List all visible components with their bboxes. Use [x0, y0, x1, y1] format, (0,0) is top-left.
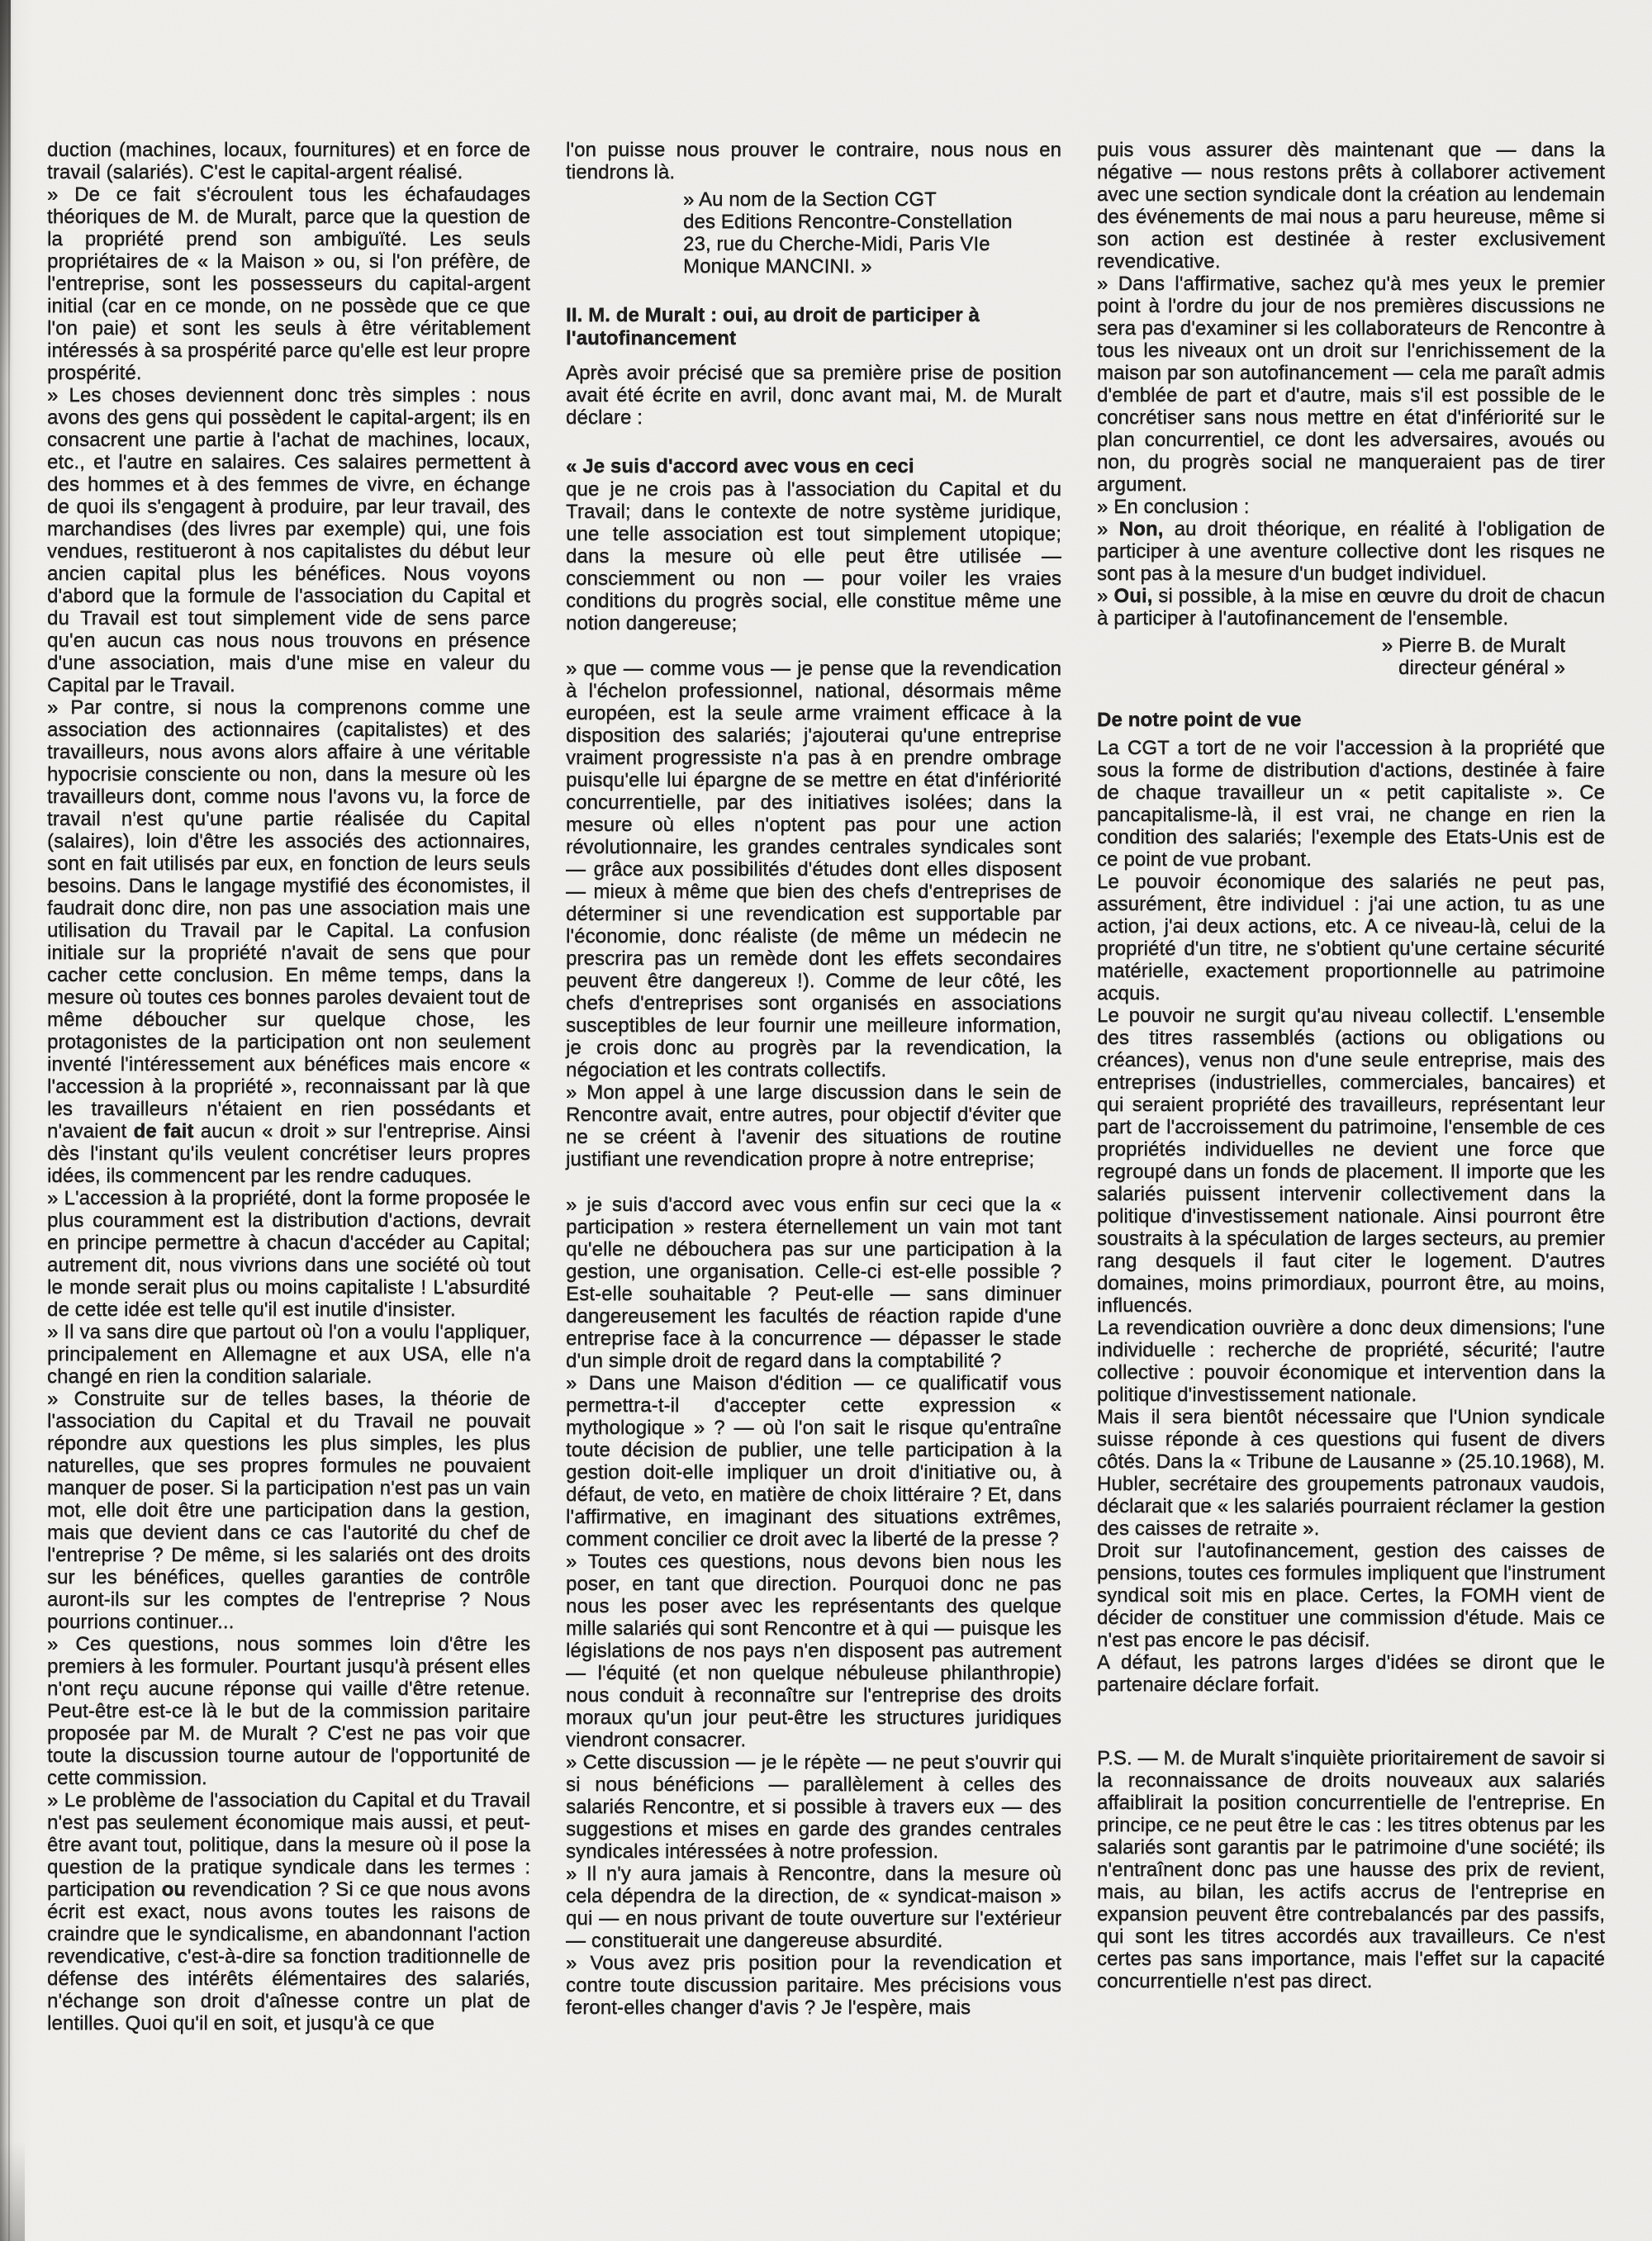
scan-gutter-line	[8, 0, 10, 2241]
paragraph: Le pouvoir économique des salariés ne pe…	[1097, 871, 1605, 1004]
paragraph: duction (machines, locaux, fournitures) …	[47, 139, 530, 183]
address-line: » Au nom de la Section CGT	[683, 188, 1061, 211]
paragraph: A défaut, les patrons larges d'idées se …	[1097, 1651, 1605, 1696]
paragraph: P.S. — M. de Muralt s'inquiète prioritai…	[1097, 1747, 1605, 1992]
paragraph: » Il n'y aura jamais à Rencontre, dans l…	[566, 1863, 1061, 1952]
paragraph: » De ce fait s'écroulent tous les échafa…	[47, 183, 530, 384]
cgt-signature-block: » Au nom de la Section CGTdes Editions R…	[683, 188, 1061, 278]
column-3: puis vous assurer dès maintenant que — d…	[1097, 139, 1605, 2034]
paragraph: La revendication ouvrière a donc deux di…	[1097, 1317, 1605, 1406]
paragraph: » L'accession à la propriété, dont la fo…	[47, 1187, 530, 1321]
signature-line: directeur général »	[1097, 657, 1565, 679]
paragraph: » Toutes ces questions, nous devons bien…	[566, 1550, 1061, 1751]
paragraph: » Le problème de l'association du Capita…	[47, 1789, 530, 2034]
scan-edge-bottom	[0, 2142, 25, 2241]
article-columns: duction (machines, locaux, fournitures) …	[47, 139, 1605, 2034]
section-heading: II. M. de Muralt : oui, au droit de part…	[566, 304, 1061, 350]
paragraph: » Vous avez pris position pour la revend…	[566, 1952, 1061, 2019]
paragraph: » Oui, si possible, à la mise en œuvre d…	[1097, 585, 1605, 629]
paragraph: La CGT a tort de ne voir l'accession à l…	[1097, 737, 1605, 871]
paragraph: » Dans l'affirmative, sachez qu'à mes ye…	[1097, 273, 1605, 496]
paragraph: » En conclusion :	[1097, 496, 1605, 518]
paragraph: » Mon appel à une large discussion dans …	[566, 1081, 1061, 1170]
magazine-page: duction (machines, locaux, fournitures) …	[0, 0, 1652, 2241]
signature-line: » Pierre B. de Muralt	[1097, 634, 1565, 657]
muralt-signature-block: » Pierre B. de Muraltdirecteur général »	[1097, 634, 1605, 679]
section-heading: De notre point de vue	[1097, 709, 1605, 732]
paragraph: Le pouvoir ne surgit qu'au niveau collec…	[1097, 1004, 1605, 1317]
paragraph: » Par contre, si nous la comprenons comm…	[47, 696, 530, 1187]
paragraph: » je suis d'accord avec vous enfin sur c…	[566, 1194, 1061, 1372]
column-2: l'on puisse nous prouver le contraire, n…	[566, 139, 1061, 2034]
paragraph: » Cette discussion — je le répète — ne p…	[566, 1751, 1061, 1863]
section-heading: « Je suis d'accord avec vous en ceci	[566, 455, 1061, 478]
paragraph: » Les choses deviennent donc très simple…	[47, 384, 530, 696]
address-line: Monique MANCINI. »	[683, 255, 1061, 278]
paragraph: Droit sur l'autofinancement, gestion des…	[1097, 1540, 1605, 1651]
column-1: duction (machines, locaux, fournitures) …	[47, 139, 530, 2034]
paragraph: puis vous assurer dès maintenant que — d…	[1097, 139, 1605, 273]
address-line: 23, rue du Cherche-Midi, Paris VIe	[683, 233, 1061, 255]
address-line: des Editions Rencontre-Constellation	[683, 211, 1061, 233]
paragraph: » Construite sur de telles bases, la thé…	[47, 1388, 530, 1633]
paragraph: l'on puisse nous prouver le contraire, n…	[566, 139, 1061, 183]
paragraph: » Dans une Maison d'édition — ce qualifi…	[566, 1372, 1061, 1550]
paragraph: » Ces questions, nous sommes loin d'être…	[47, 1633, 530, 1789]
paragraph: Mais il sera bientôt nécessaire que l'Un…	[1097, 1406, 1605, 1540]
paragraph: » Il va sans dire que partout où l'on a …	[47, 1321, 530, 1388]
paragraph: » Non, au droit théorique, en réalité à …	[1097, 518, 1605, 585]
paragraph: Après avoir précisé que sa première pris…	[566, 362, 1061, 429]
paragraph: » que — comme vous — je pense que la rev…	[566, 658, 1061, 1081]
paragraph: que je ne crois pas à l'association du C…	[566, 478, 1061, 634]
